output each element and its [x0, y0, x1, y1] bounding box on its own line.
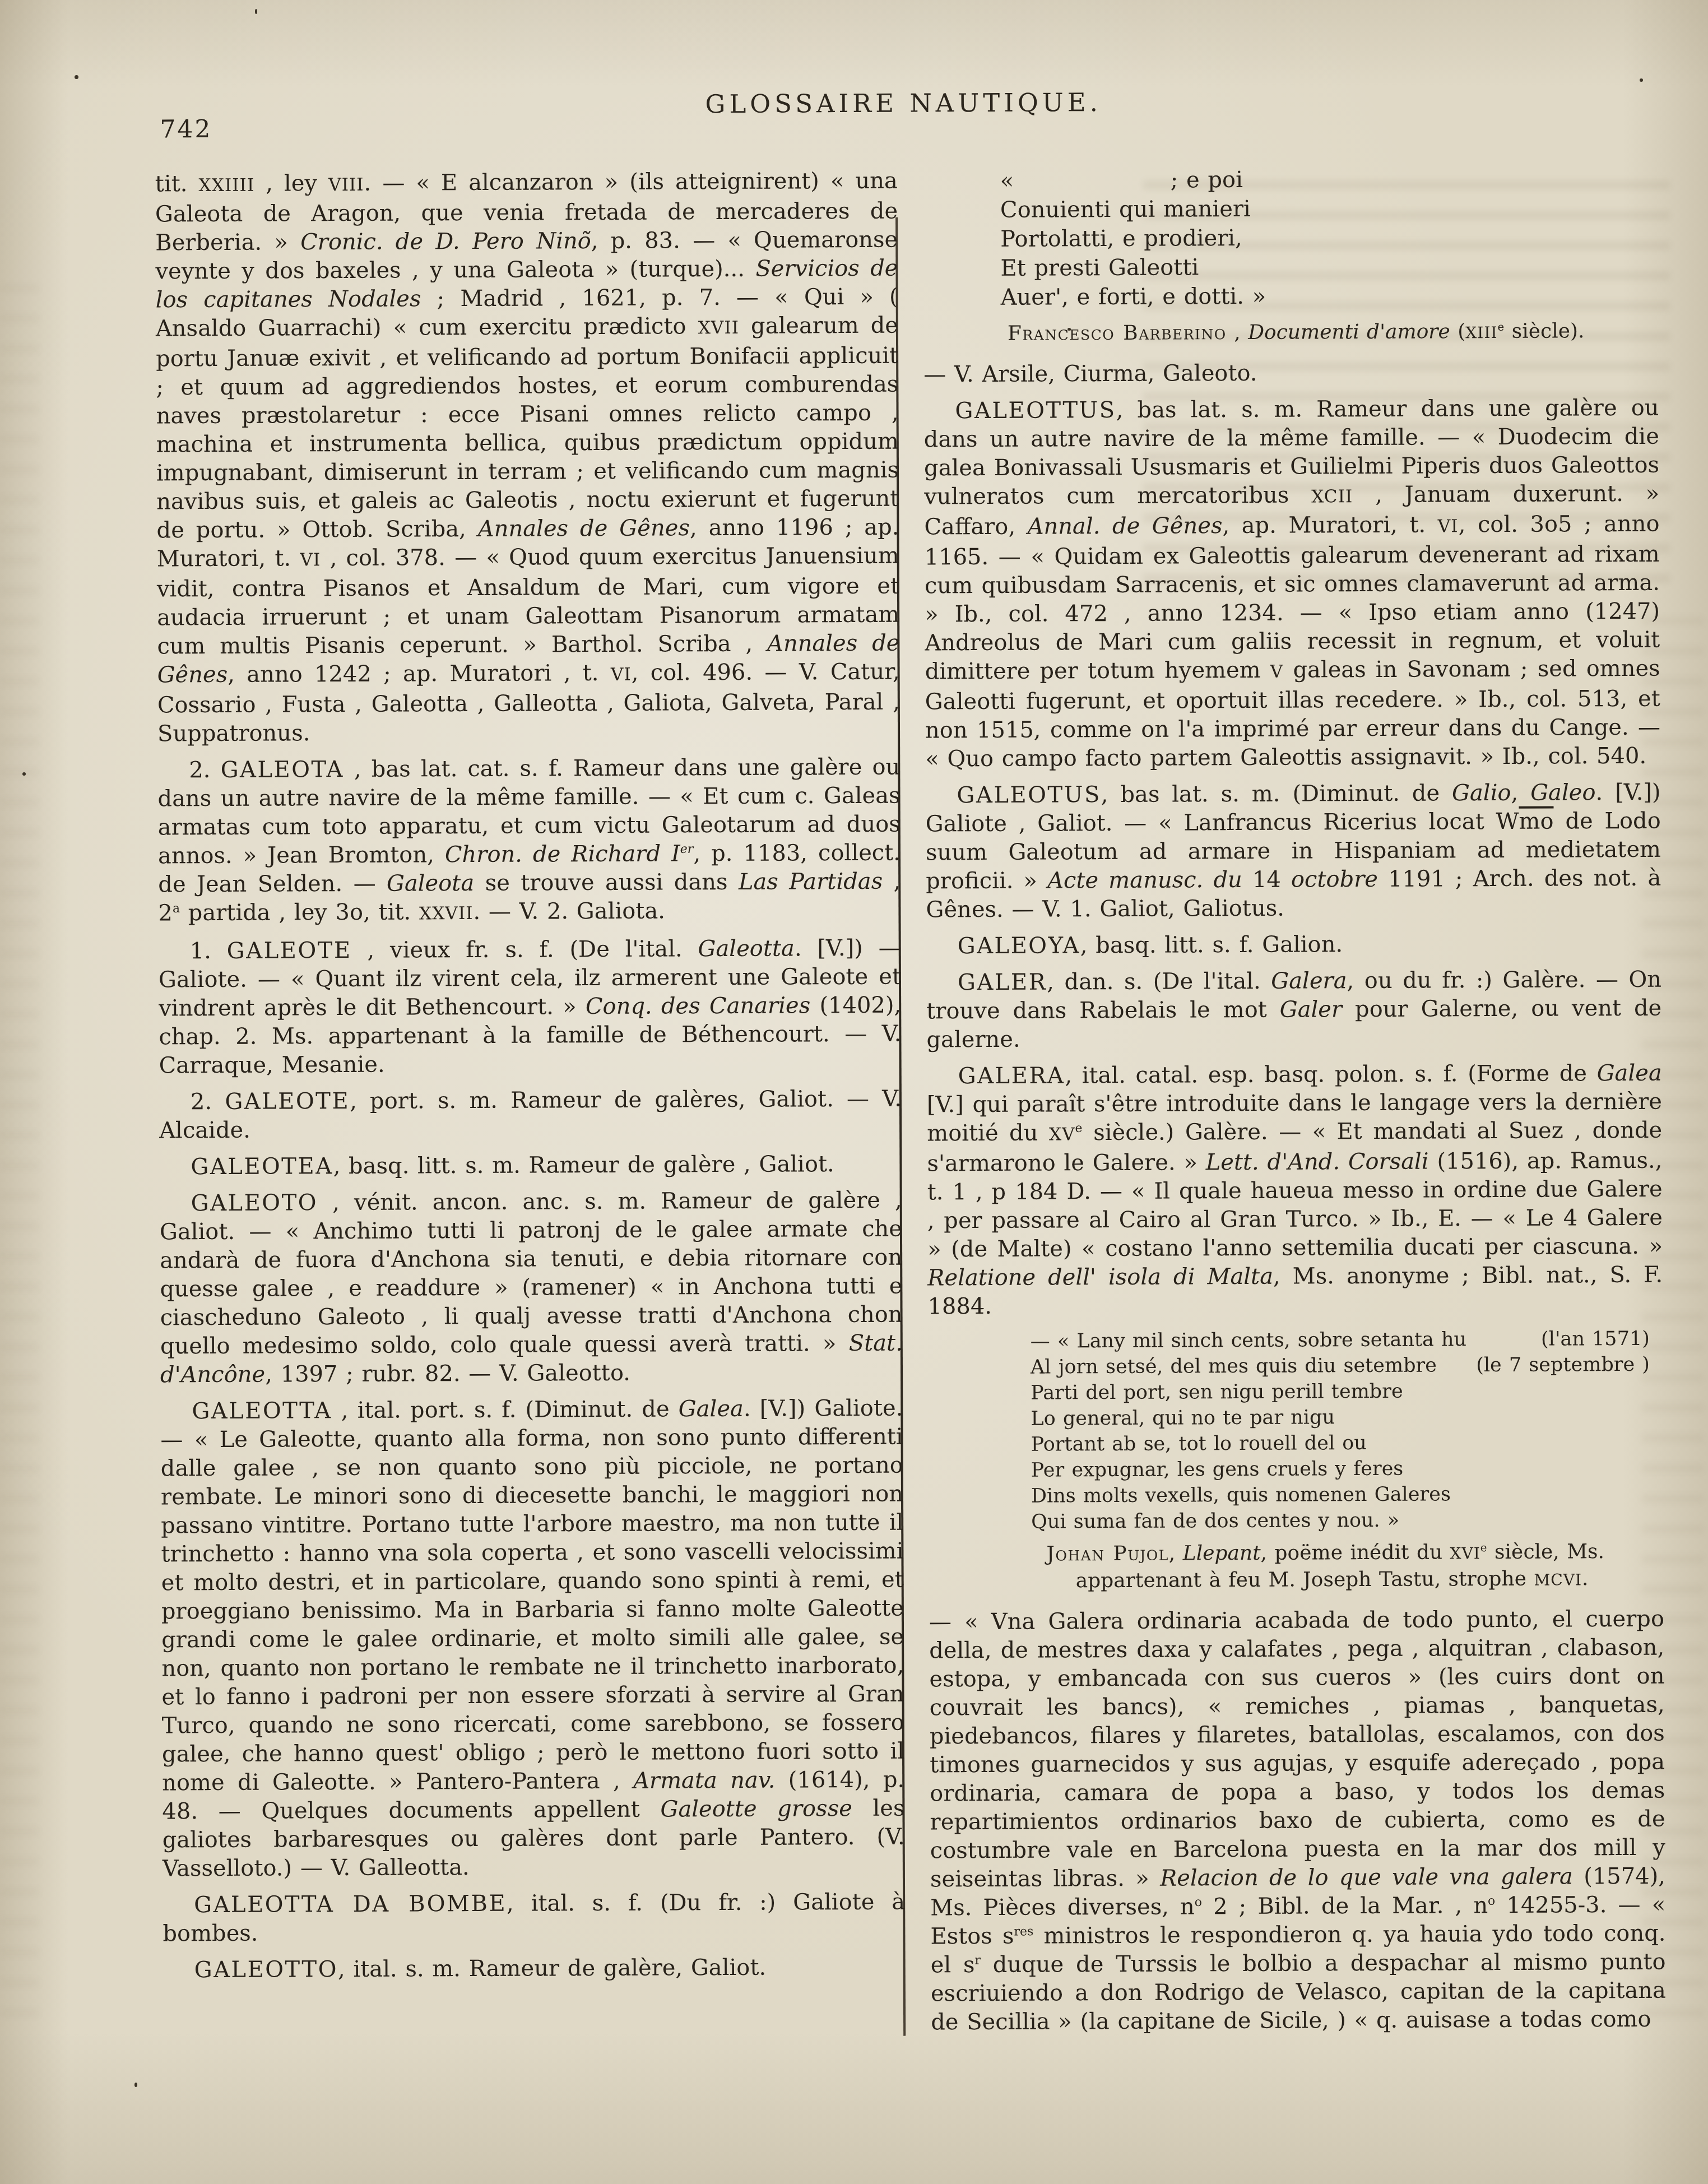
ink-speck — [1067, 328, 1071, 331]
poem-line: Qui suma fan de dos centes y nou. » — [1031, 1506, 1650, 1535]
paragraph: tit. XXIIII , ley VIII. — « E alcanzaron… — [155, 167, 900, 749]
verse-line: Auer', e forti, e dotti. » — [1001, 280, 1659, 312]
right-column: « ; e poiConuienti qui manieriPortolatti… — [923, 164, 1667, 2045]
running-header: GLOSSAIRE NAUTIQUE. — [0, 85, 1704, 122]
source-attribution: Johan Pujol, Llepant, poëme inédit du XV… — [1075, 1539, 1664, 1596]
paragraph: — V. Arsile, Ciurma, Galeoto. — [923, 358, 1659, 389]
entry-paragraph: GALEOTTA DA BOMBE, ital. s. f. (Du fr. :… — [163, 1888, 905, 1949]
verse-line: Portolatti, e prodieri, — [1000, 222, 1658, 254]
source-attribution: Francesco Barberino , Documenti d'amore … — [1008, 318, 1659, 348]
left-column: tit. XXIIII , ley VIII. — « E alcanzaron… — [155, 167, 906, 1993]
poem-line: Portant ab se, tot lo rouell del ou — [1031, 1429, 1650, 1458]
entry-paragraph: 1. GALEOTE , vieux fr. s. f. (De l'ital.… — [159, 934, 902, 1081]
verse-quote: « ; e poiConuienti qui manieriPortolatti… — [1000, 164, 1659, 312]
scanned-page: GLOSSAIRE NAUTIQUE. 742 tit. XXIIII , le… — [0, 0, 1708, 2184]
poem-verse-text: Per expugnar, les gens cruels y feres — [1031, 1456, 1404, 1483]
entry-paragraph: GALEOTTO, ital. s. m. Rameur de galère, … — [163, 1953, 906, 1985]
entry-paragraph: GALEOTTUS, bas lat. s. m. Rameur dans un… — [923, 394, 1660, 774]
paragraph: — « Vna Galera ordinaria acabada de todo… — [929, 1605, 1666, 2037]
print-area: GLOSSAIRE NAUTIQUE. 742 tit. XXIIII , le… — [0, 0, 1708, 2184]
page-number: 742 — [160, 115, 212, 143]
ink-speck — [1640, 78, 1643, 82]
poem-verse-text: Qui suma fan de dos centes y nou. » — [1031, 1508, 1399, 1535]
poem-verse-text: Portant ab se, tot lo rouell del ou — [1031, 1430, 1366, 1458]
poem-verse-text: Parti del port, sen nigu perill tembre — [1031, 1379, 1403, 1406]
verse-line: « ; e poi — [1000, 164, 1658, 196]
poem-date-note: (l'an 1571) — [1541, 1326, 1650, 1352]
poem-line: Per expugnar, les gens cruels y feres — [1031, 1455, 1650, 1483]
poem-verse-text: Lo general, qui no te par nigu — [1031, 1404, 1335, 1431]
verse-line: Conuienti qui manieri — [1000, 193, 1658, 225]
poem-line: Lo general, qui no te par nigu — [1031, 1403, 1650, 1432]
ink-speck — [134, 2083, 137, 2087]
entry-paragraph: 2. GALEOTA , bas lat. cat. s. f. Rameur … — [157, 753, 901, 930]
entry-paragraph: GALER, dan. s. (De l'ital. Galera, ou du… — [926, 966, 1662, 1055]
entry-paragraph: GALEOYA, basq. litt. s. f. Galion. — [926, 929, 1661, 961]
poem-line: — « Lany mil sinch cents, sobre setanta … — [1031, 1326, 1650, 1355]
poem-line: Parti del port, sen nigu perill tembre — [1031, 1378, 1650, 1406]
poem-quote: — « Lany mil sinch cents, sobre setanta … — [1031, 1326, 1664, 1535]
entry-paragraph: GALEOTUS, bas lat. s. m. (Diminut. de Ga… — [925, 778, 1661, 925]
ink-speck — [22, 772, 26, 776]
entry-paragraph: GALEOTTA , ital. port. s. f. (Diminut. d… — [160, 1394, 905, 1884]
poem-line: Al jorn setsé, del mes quis diu setembre… — [1031, 1352, 1650, 1380]
entry-paragraph: GALERA, ital. catal. esp. basq. polon. s… — [927, 1059, 1663, 1321]
entry-paragraph: GALEOTO , vénit. ancon. anc. s. m. Rameu… — [160, 1186, 903, 1390]
entry-paragraph: GALEOTEA, basq. litt. s. m. Rameur de ga… — [159, 1150, 902, 1182]
poem-line: Dins molts vexells, quis nomenen Galeres — [1031, 1481, 1650, 1509]
poem-verse-text: Dins molts vexells, quis nomenen Galeres — [1031, 1481, 1451, 1509]
ink-speck — [75, 75, 78, 79]
entry-paragraph: 2. GALEOTE, port. s. m. Rameur de galère… — [159, 1085, 902, 1146]
poem-verse-text: Al jorn setsé, del mes quis diu setembre — [1031, 1352, 1437, 1380]
ink-speck — [255, 9, 257, 14]
verse-line: Et presti Galeotti — [1000, 251, 1658, 283]
poem-verse-text: — « Lany mil sinch cents, sobre setanta … — [1031, 1327, 1467, 1354]
poem-date-note: (le 7 septembre ) — [1476, 1352, 1650, 1378]
